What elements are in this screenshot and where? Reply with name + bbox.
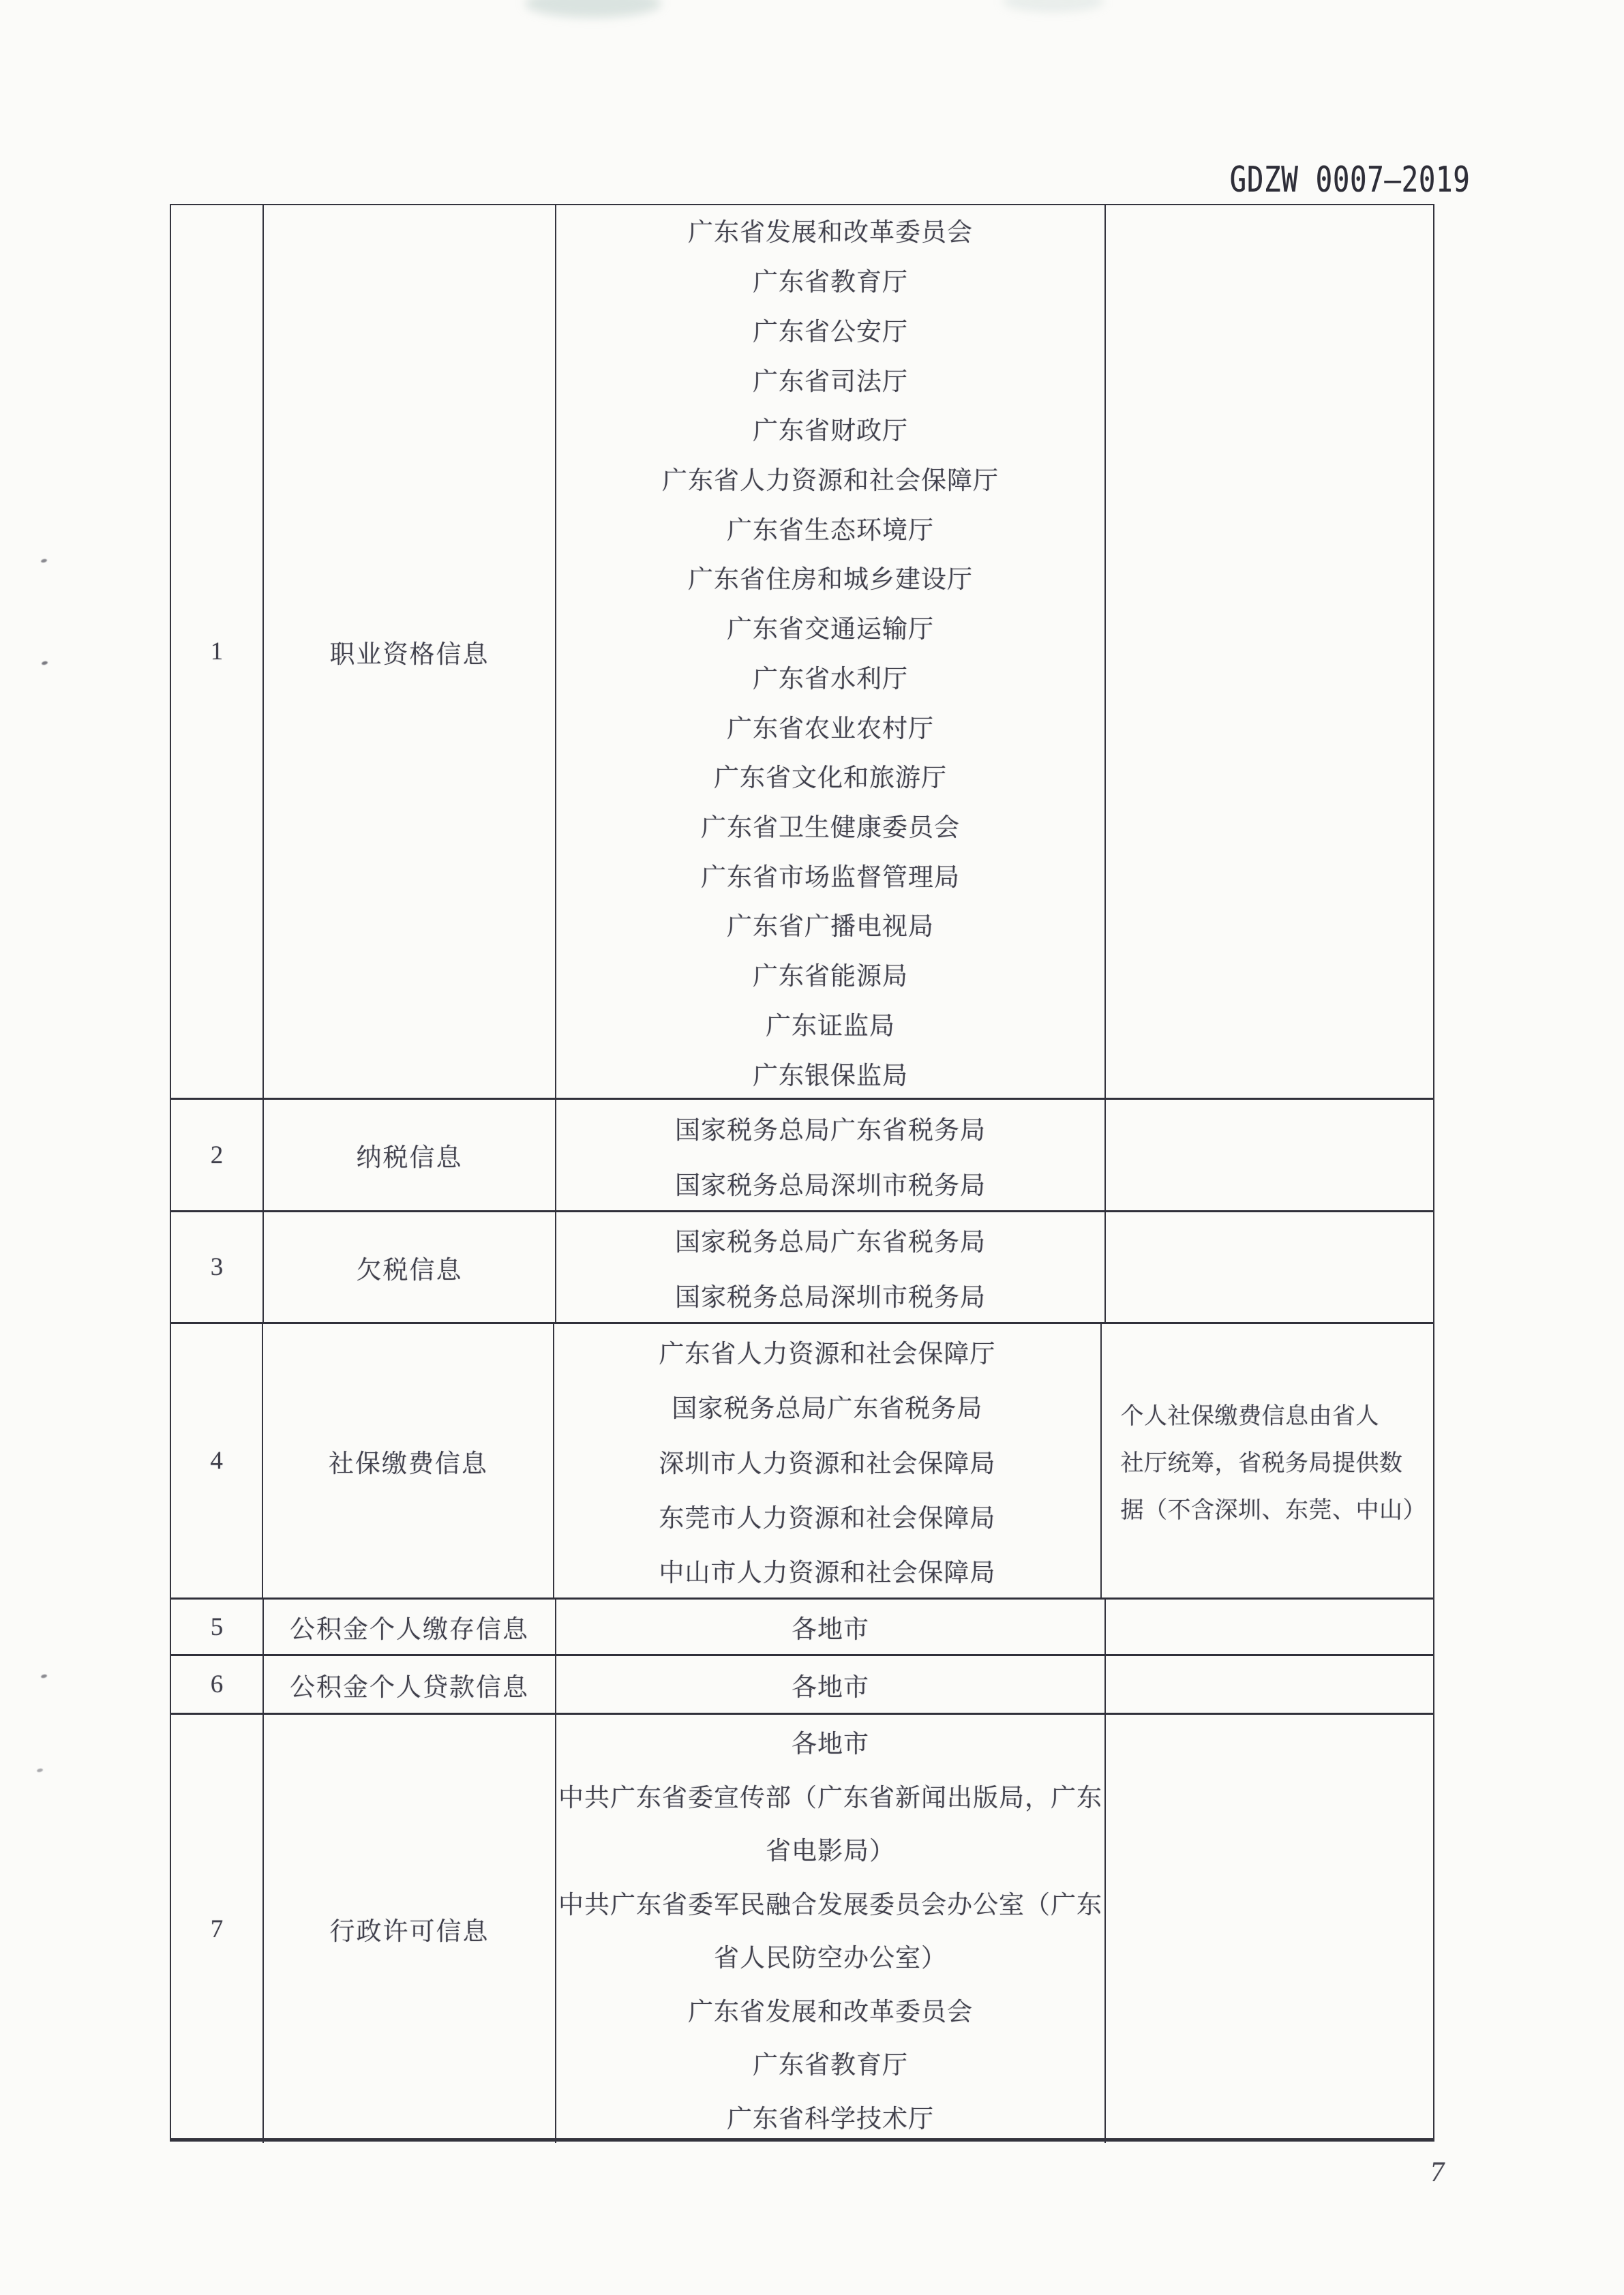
information-category: 社保缴费信息 — [329, 1443, 488, 1480]
department-line: 国家税务总局广东省税务局 — [554, 1379, 1100, 1433]
row-6-number-cell: 6 — [171, 1656, 262, 1713]
row-number: 3 — [211, 1252, 224, 1282]
row-1-remark-cell — [1104, 205, 1433, 1098]
department-line: 广东省水利厅 — [556, 652, 1104, 702]
department-line: 广东省人力资源和社会保障厅 — [556, 453, 1104, 503]
row-7-category-cell: 行政许可信息 — [262, 1715, 555, 2143]
row-3-remark-cell — [1104, 1212, 1433, 1322]
department-line: 广东省教育厅 — [556, 255, 1104, 305]
department-line: 中共广东省委军民融合发展委员会办公室（广东 — [556, 1876, 1104, 1930]
scanned-document-page: GDZW 0007—2019 1职业资格信息广东省发展和改革委员会广东省教育厅广… — [0, 0, 1624, 2295]
row-2-category-cell: 纳税信息 — [262, 1100, 555, 1210]
department-line: 广东省广播电视局 — [556, 899, 1104, 949]
row-4-departments-cell: 广东省人力资源和社会保障厅国家税务总局广东省税务局深圳市人力资源和社会保障局东莞… — [553, 1324, 1100, 1597]
department-line: 广东省发展和改革委员会 — [556, 1983, 1104, 2037]
scan-speck — [41, 558, 48, 563]
row-1-number-cell: 1 — [171, 205, 262, 1098]
department-line: 广东银保监局 — [556, 1048, 1104, 1098]
row-number: 5 — [211, 1612, 224, 1642]
row-6-category-cell: 公积金个人贷款信息 — [262, 1656, 555, 1713]
department-line: 国家税务总局广东省税务局 — [556, 1100, 1104, 1155]
department-line: 国家税务总局深圳市税务局 — [556, 1155, 1104, 1210]
department-line: 省人民防空办公室） — [556, 1929, 1104, 1983]
remark-line: 社厅统筹，省税务局提供数 — [1102, 1437, 1434, 1484]
row-4-remark-cell: 个人社保缴费信息由省人社厅统筹，省税务局提供数据（不含深圳、东莞、中山） — [1100, 1324, 1434, 1597]
row-1-category-cell: 职业资格信息 — [262, 205, 555, 1098]
department-line: 广东省司法厅 — [556, 354, 1104, 404]
row-5-category-cell: 公积金个人缴存信息 — [262, 1600, 555, 1654]
row-5-departments-cell: 各地市 — [555, 1600, 1104, 1654]
department-line: 广东省卫生健康委员会 — [556, 800, 1104, 850]
department-line: 国家税务总局深圳市税务局 — [556, 1267, 1104, 1323]
department-line: 广东省公安厅 — [556, 304, 1104, 354]
row-4-category-cell: 社保缴费信息 — [262, 1324, 553, 1597]
row-number: 2 — [211, 1141, 224, 1170]
scan-speck — [37, 1768, 44, 1773]
department-line: 各地市 — [556, 1600, 1104, 1654]
row-5-number-cell: 5 — [171, 1600, 262, 1654]
department-line: 广东省文化和旅游厅 — [556, 751, 1104, 800]
row-2-number-cell: 2 — [171, 1100, 262, 1210]
row-number: 1 — [211, 637, 224, 666]
information-category: 公积金个人贷款信息 — [290, 1666, 529, 1703]
department-line: 中山市人力资源和社会保障局 — [554, 1543, 1100, 1597]
department-line: 各地市 — [556, 1715, 1104, 1769]
department-line: 广东省财政厅 — [556, 404, 1104, 453]
standard-code-header: GDZW 0007—2019 — [1229, 162, 1470, 198]
scan-smudge — [525, 0, 661, 18]
table-row-4: 4社保缴费信息广东省人力资源和社会保障厅国家税务总局广东省税务局深圳市人力资源和… — [171, 1322, 1433, 1597]
department-line: 广东省发展和改革委员会 — [556, 205, 1104, 255]
row-6-remark-cell — [1104, 1656, 1433, 1713]
table-row-5: 5公积金个人缴存信息各地市 — [171, 1597, 1433, 1654]
department-line: 深圳市人力资源和社会保障局 — [554, 1433, 1100, 1488]
row-3-category-cell: 欠税信息 — [262, 1212, 555, 1322]
department-line: 广东省农业农村厅 — [556, 701, 1104, 751]
information-category: 纳税信息 — [357, 1137, 463, 1173]
table-row-2: 2纳税信息国家税务总局广东省税务局国家税务总局深圳市税务局 — [171, 1098, 1433, 1210]
department-line: 中共广东省委宣传部（广东省新闻出版局，广东 — [556, 1769, 1104, 1822]
information-category: 职业资格信息 — [330, 633, 490, 670]
department-line: 各地市 — [556, 1656, 1104, 1713]
data-provider-table: 1职业资格信息广东省发展和改革委员会广东省教育厅广东省公安厅广东省司法厅广东省财… — [170, 204, 1434, 2142]
department-line: 广东省科学技术厅 — [556, 2090, 1104, 2144]
department-line: 广东省人力资源和社会保障厅 — [554, 1324, 1100, 1379]
table-row-7: 7行政许可信息各地市中共广东省委宣传部（广东省新闻出版局，广东省电影局）中共广东… — [171, 1713, 1433, 2143]
information-category: 行政许可信息 — [330, 1910, 490, 1947]
department-line: 广东省交通运输厅 — [556, 602, 1104, 652]
department-line: 广东证监局 — [556, 999, 1104, 1049]
row-3-departments-cell: 国家税务总局广东省税务局国家税务总局深圳市税务局 — [555, 1212, 1104, 1322]
table-row-3: 3欠税信息国家税务总局广东省税务局国家税务总局深圳市税务局 — [171, 1210, 1433, 1322]
information-category: 公积金个人缴存信息 — [290, 1608, 529, 1645]
row-2-remark-cell — [1104, 1100, 1433, 1210]
department-line: 省电影局） — [556, 1822, 1104, 1876]
table-row-1: 1职业资格信息广东省发展和改革委员会广东省教育厅广东省公安厅广东省司法厅广东省财… — [171, 205, 1433, 1098]
scan-speck — [41, 1674, 48, 1679]
department-line: 东莞市人力资源和社会保障局 — [554, 1488, 1100, 1543]
department-line: 广东省市场监督管理局 — [556, 850, 1104, 899]
row-7-number-cell: 7 — [171, 1715, 262, 2143]
department-line: 广东省生态环境厅 — [556, 502, 1104, 552]
row-7-remark-cell — [1104, 1715, 1433, 2143]
row-7-departments-cell: 各地市中共广东省委宣传部（广东省新闻出版局，广东省电影局）中共广东省委军民融合发… — [555, 1715, 1104, 2143]
scan-speck — [42, 661, 48, 665]
department-line: 国家税务总局广东省税务局 — [556, 1212, 1104, 1267]
department-line: 广东省能源局 — [556, 949, 1104, 999]
remark-line: 个人社保缴费信息由省人 — [1102, 1390, 1434, 1437]
scan-smudge — [1002, 0, 1104, 12]
department-line: 广东省教育厅 — [556, 2036, 1104, 2090]
row-4-number-cell: 4 — [171, 1324, 262, 1597]
row-3-number-cell: 3 — [171, 1212, 262, 1322]
department-line: 广东省住房和城乡建设厅 — [556, 552, 1104, 602]
remark-line: 据（不含深圳、东莞、中山） — [1102, 1484, 1434, 1531]
remark-text: 个人社保缴费信息由省人社厅统筹，省税务局提供数据（不含深圳、东莞、中山） — [1102, 1390, 1434, 1531]
row-number: 6 — [211, 1670, 224, 1699]
row-6-departments-cell: 各地市 — [555, 1656, 1104, 1713]
information-category: 欠税信息 — [357, 1249, 463, 1286]
page-number: 7 — [1428, 2156, 1447, 2189]
row-number: 7 — [211, 1915, 224, 1944]
row-5-remark-cell — [1104, 1600, 1433, 1654]
row-number: 4 — [210, 1446, 223, 1475]
row-1-departments-cell: 广东省发展和改革委员会广东省教育厅广东省公安厅广东省司法厅广东省财政厅广东省人力… — [555, 205, 1104, 1098]
row-2-departments-cell: 国家税务总局广东省税务局国家税务总局深圳市税务局 — [555, 1100, 1104, 1210]
table-row-6: 6公积金个人贷款信息各地市 — [171, 1654, 1433, 1713]
